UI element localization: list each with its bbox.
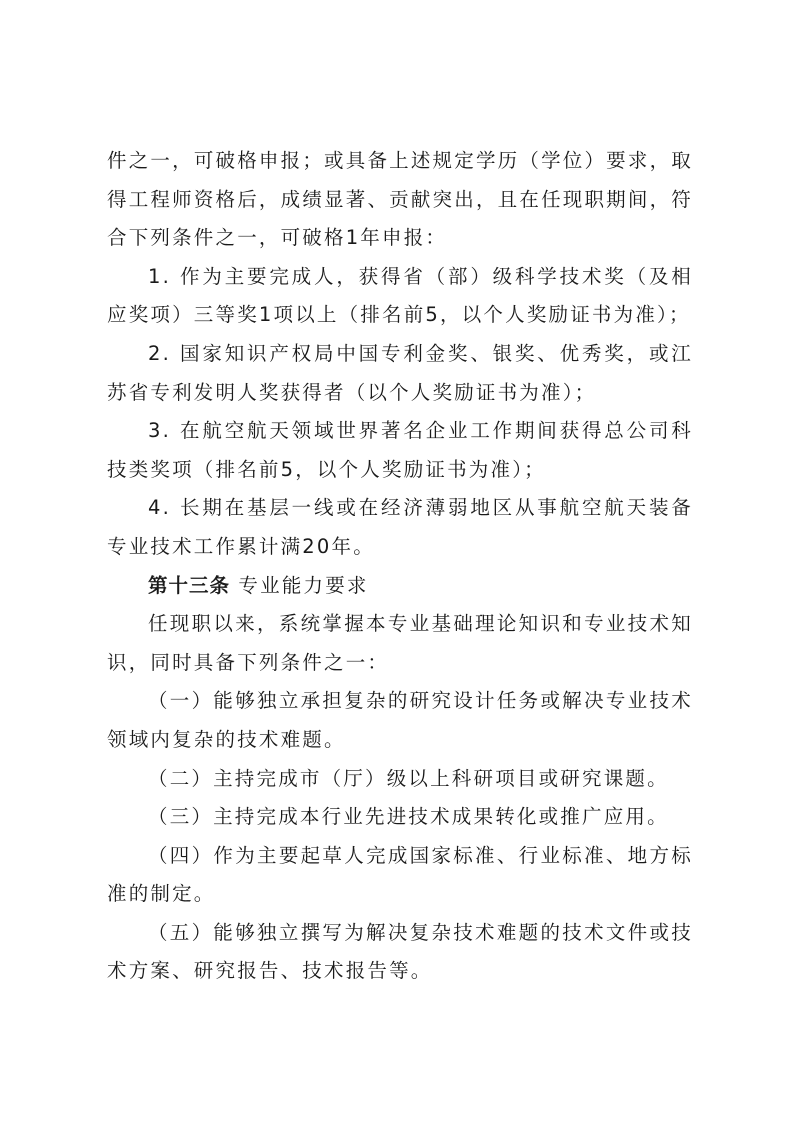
condition-4: （四）作为主要起草人完成国家标准、行业标准、地方标准的制定。 — [107, 837, 693, 914]
list-item-3: 3. 在航空航天领域世界著名企业工作期间获得总公司科技类奖项（排名前5，以个人奖… — [107, 412, 693, 489]
condition-2: （二）主持完成市（厅）级以上科研项目或研究课题。 — [107, 760, 693, 799]
article-heading: 第十三条 专业能力要求 — [107, 567, 693, 606]
condition-1: （一）能够独立承担复杂的研究设计任务或解决专业技术领域内复杂的技术难题。 — [107, 682, 693, 759]
article-number: 第十三条 — [148, 574, 230, 597]
article-title: 专业能力要求 — [238, 574, 368, 597]
condition-5: （五）能够独立撰写为解决复杂技术难题的技术文件或技术方案、研究报告、技术报告等。 — [107, 914, 693, 991]
document-page: 件之一，可破格申报；或具备上述规定学历（学位）要求，取得工程师资格后，成绩显著、… — [107, 142, 693, 991]
list-item-2: 2. 国家知识产权局中国专利金奖、银奖、优秀奖，或江苏省专利发明人奖获得者（以个… — [107, 335, 693, 412]
list-item-1: 1. 作为主要完成人，获得省（部）级科学技术奖（及相应奖项）三等奖1项以上（排名… — [107, 258, 693, 335]
list-item-4: 4. 长期在基层一线或在经济薄弱地区从事航空航天装备专业技术工作累计满20年。 — [107, 489, 693, 566]
condition-3: （三）主持完成本行业先进技术成果转化或推广应用。 — [107, 798, 693, 837]
article-intro: 任现职以来，系统掌握本专业基础理论知识和专业技术知识，同时具备下列条件之一： — [107, 605, 693, 682]
paragraph-continuation: 件之一，可破格申报；或具备上述规定学历（学位）要求，取得工程师资格后，成绩显著、… — [107, 142, 693, 258]
